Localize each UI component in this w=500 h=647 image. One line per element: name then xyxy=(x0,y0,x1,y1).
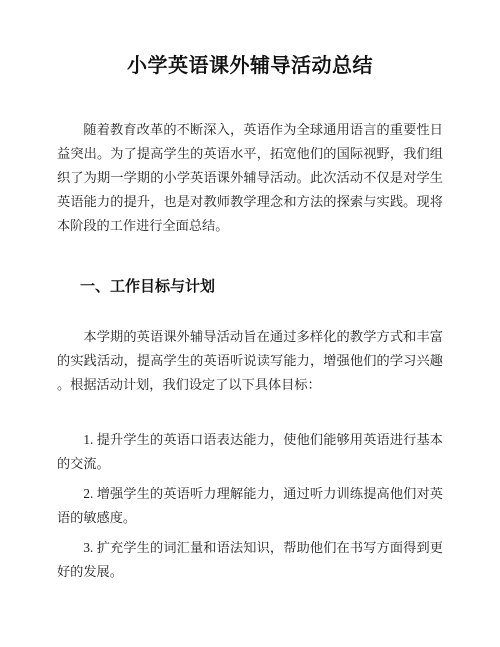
section-paragraph: 本学期的英语课外辅导活动旨在通过多样化的教学方式和丰富的实践活动，提高学生的英语… xyxy=(57,325,443,397)
intro-paragraph: 随着教育改革的不断深入，英语作为全球通用语言的重要性日益突出。为了提高学生的英语… xyxy=(57,118,443,238)
objective-item-2: 2. 增强学生的英语听力理解能力，通过听力训练提高他们对英语的敏感度。 xyxy=(57,482,443,530)
document-title: 小学英语课外辅导活动总结 xyxy=(57,52,443,80)
objective-item-1: 1. 提升学生的英语口语表达能力，使他们能够用英语进行基本的交流。 xyxy=(57,428,443,476)
document-page: 小学英语课外辅导活动总结 随着教育改革的不断深入，英语作为全球通用语言的重要性日… xyxy=(0,0,500,647)
section-heading: 一、工作目标与计划 xyxy=(57,275,443,299)
objective-item-3: 3. 扩充学生的词汇量和语法知识，帮助他们在书写方面得到更好的发展。 xyxy=(57,536,443,584)
